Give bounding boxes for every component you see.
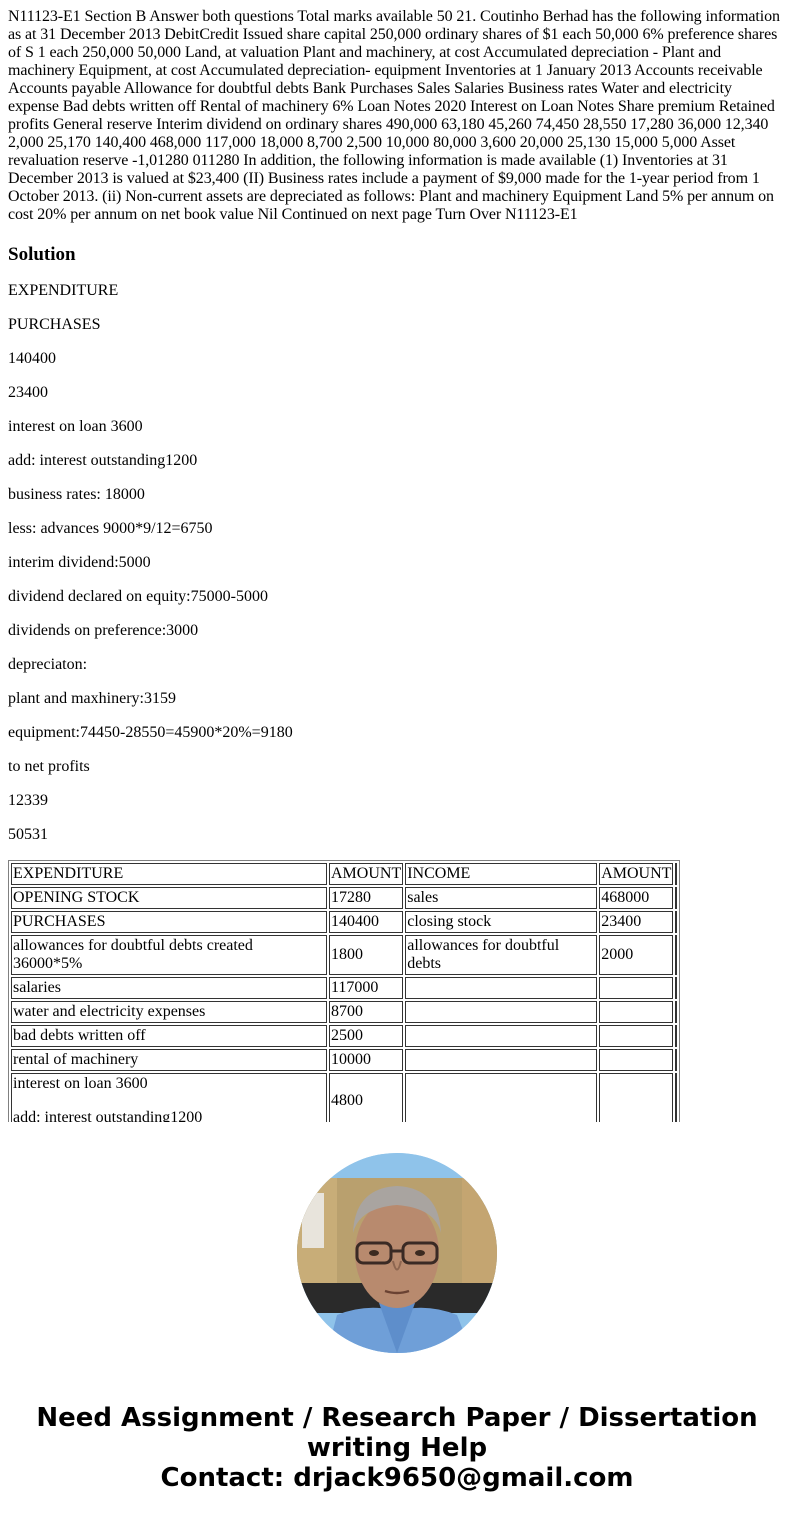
income-amount-cell bbox=[599, 1073, 673, 1122]
expenditure-cell: water and electricity expenses bbox=[11, 1001, 327, 1023]
table-row: interest on loan 3600add: interest outst… bbox=[11, 1073, 677, 1122]
empty-cell bbox=[675, 863, 677, 885]
document-content: N11123-E1 Section B Answer both question… bbox=[8, 0, 786, 1122]
table-row: allowances for doubtful debts created 36… bbox=[11, 935, 677, 975]
solution-line: PURCHASES bbox=[8, 316, 786, 334]
table-header-row: EXPENDITURE AMOUNT INCOME AMOUNT bbox=[11, 863, 677, 885]
income-amount-cell: 2000 bbox=[599, 935, 673, 975]
solution-line: 23400 bbox=[8, 384, 786, 402]
question-text: N11123-E1 Section B Answer both question… bbox=[8, 8, 786, 224]
expenditure-amount-cell: 1800 bbox=[329, 935, 403, 975]
header-amount: AMOUNT bbox=[329, 863, 403, 885]
income-amount-cell bbox=[599, 1049, 673, 1071]
expenditure-amount-cell: 2500 bbox=[329, 1025, 403, 1047]
income-cell bbox=[405, 1049, 597, 1071]
solution-heading: Solution bbox=[8, 244, 786, 266]
empty-cell bbox=[675, 1001, 677, 1023]
promo-line-1: Need Assignment / Research Paper / Disse… bbox=[0, 1403, 794, 1433]
empty-cell bbox=[675, 1073, 677, 1122]
income-amount-cell bbox=[599, 1025, 673, 1047]
solution-line: depreciaton: bbox=[8, 656, 786, 674]
table-row: salaries117000 bbox=[11, 977, 677, 999]
expenditure-cell: PURCHASES bbox=[11, 911, 327, 933]
table-row: rental of machinery10000 bbox=[11, 1049, 677, 1071]
expenditure-line: interest on loan 3600 bbox=[13, 1075, 325, 1093]
empty-cell bbox=[675, 887, 677, 909]
expenditure-amount-cell: 8700 bbox=[329, 1001, 403, 1023]
person-photo-icon bbox=[297, 1153, 497, 1353]
expenditure-cell: OPENING STOCK bbox=[11, 887, 327, 909]
expenditure-amount-cell: 10000 bbox=[329, 1049, 403, 1071]
table-row: OPENING STOCK17280sales468000 bbox=[11, 887, 677, 909]
expenditure-amount-cell: 140400 bbox=[329, 911, 403, 933]
profit-and-loss-table: EXPENDITURE AMOUNT INCOME AMOUNT OPENING… bbox=[8, 860, 680, 1122]
solution-line: equipment:74450-28550=45900*20%=9180 bbox=[8, 724, 786, 742]
solution-line: dividends on preference:3000 bbox=[8, 622, 786, 640]
header-income-amount: AMOUNT bbox=[599, 863, 673, 885]
income-amount-cell bbox=[599, 1001, 673, 1023]
income-amount-cell bbox=[599, 977, 673, 999]
tutor-avatar bbox=[297, 1153, 497, 1353]
income-amount-cell: 468000 bbox=[599, 887, 673, 909]
expenditure-cell: salaries bbox=[11, 977, 327, 999]
expenditure-amount-cell: 4800 bbox=[329, 1073, 403, 1122]
solution-line: to net profits bbox=[8, 758, 786, 776]
table-row: PURCHASES140400closing stock23400 bbox=[11, 911, 677, 933]
solution-line: less: advances 9000*9/12=6750 bbox=[8, 520, 786, 538]
solution-lines: EXPENDITURE PURCHASES 140400 23400 inter… bbox=[8, 282, 786, 844]
empty-cell bbox=[675, 977, 677, 999]
solution-line: 140400 bbox=[8, 350, 786, 368]
expenditure-cell: interest on loan 3600add: interest outst… bbox=[11, 1073, 327, 1122]
empty-cell bbox=[675, 911, 677, 933]
empty-cell bbox=[675, 1025, 677, 1047]
solution-line: add: interest outstanding1200 bbox=[8, 452, 786, 470]
solution-line: plant and maxhinery:3159 bbox=[8, 690, 786, 708]
solution-line: business rates: 18000 bbox=[8, 486, 786, 504]
header-expenditure: EXPENDITURE bbox=[11, 863, 327, 885]
solution-line: EXPENDITURE bbox=[8, 282, 786, 300]
expenditure-amount-cell: 17280 bbox=[329, 887, 403, 909]
table-row: water and electricity expenses8700 bbox=[11, 1001, 677, 1023]
income-cell bbox=[405, 1073, 597, 1122]
income-cell bbox=[405, 1025, 597, 1047]
expenditure-cell: bad debts written off bbox=[11, 1025, 327, 1047]
income-cell bbox=[405, 977, 597, 999]
header-income: INCOME bbox=[405, 863, 597, 885]
income-cell: allowances for doubtful debts bbox=[405, 935, 597, 975]
promo-contact: Contact: drjack9650@gmail.com bbox=[0, 1463, 794, 1493]
empty-cell bbox=[675, 1049, 677, 1071]
table-row: bad debts written off2500 bbox=[11, 1025, 677, 1047]
solution-line: dividend declared on equity:75000-5000 bbox=[8, 588, 786, 606]
solution-line: interim dividend:5000 bbox=[8, 554, 786, 572]
solution-line: interest on loan 3600 bbox=[8, 418, 786, 436]
income-cell: closing stock bbox=[405, 911, 597, 933]
promo-banner: Need Assignment / Research Paper / Disse… bbox=[0, 1403, 794, 1493]
solution-line: 12339 bbox=[8, 792, 786, 810]
income-cell: sales bbox=[405, 887, 597, 909]
solution-line: 50531 bbox=[8, 826, 786, 844]
expenditure-cell: allowances for doubtful debts created 36… bbox=[11, 935, 327, 975]
income-amount-cell: 23400 bbox=[599, 911, 673, 933]
expenditure-line: add: interest outstanding1200 bbox=[13, 1109, 325, 1122]
expenditure-cell: rental of machinery bbox=[11, 1049, 327, 1071]
promo-line-2: writing Help bbox=[0, 1433, 794, 1463]
expenditure-amount-cell: 117000 bbox=[329, 977, 403, 999]
empty-cell bbox=[675, 935, 677, 975]
income-cell bbox=[405, 1001, 597, 1023]
